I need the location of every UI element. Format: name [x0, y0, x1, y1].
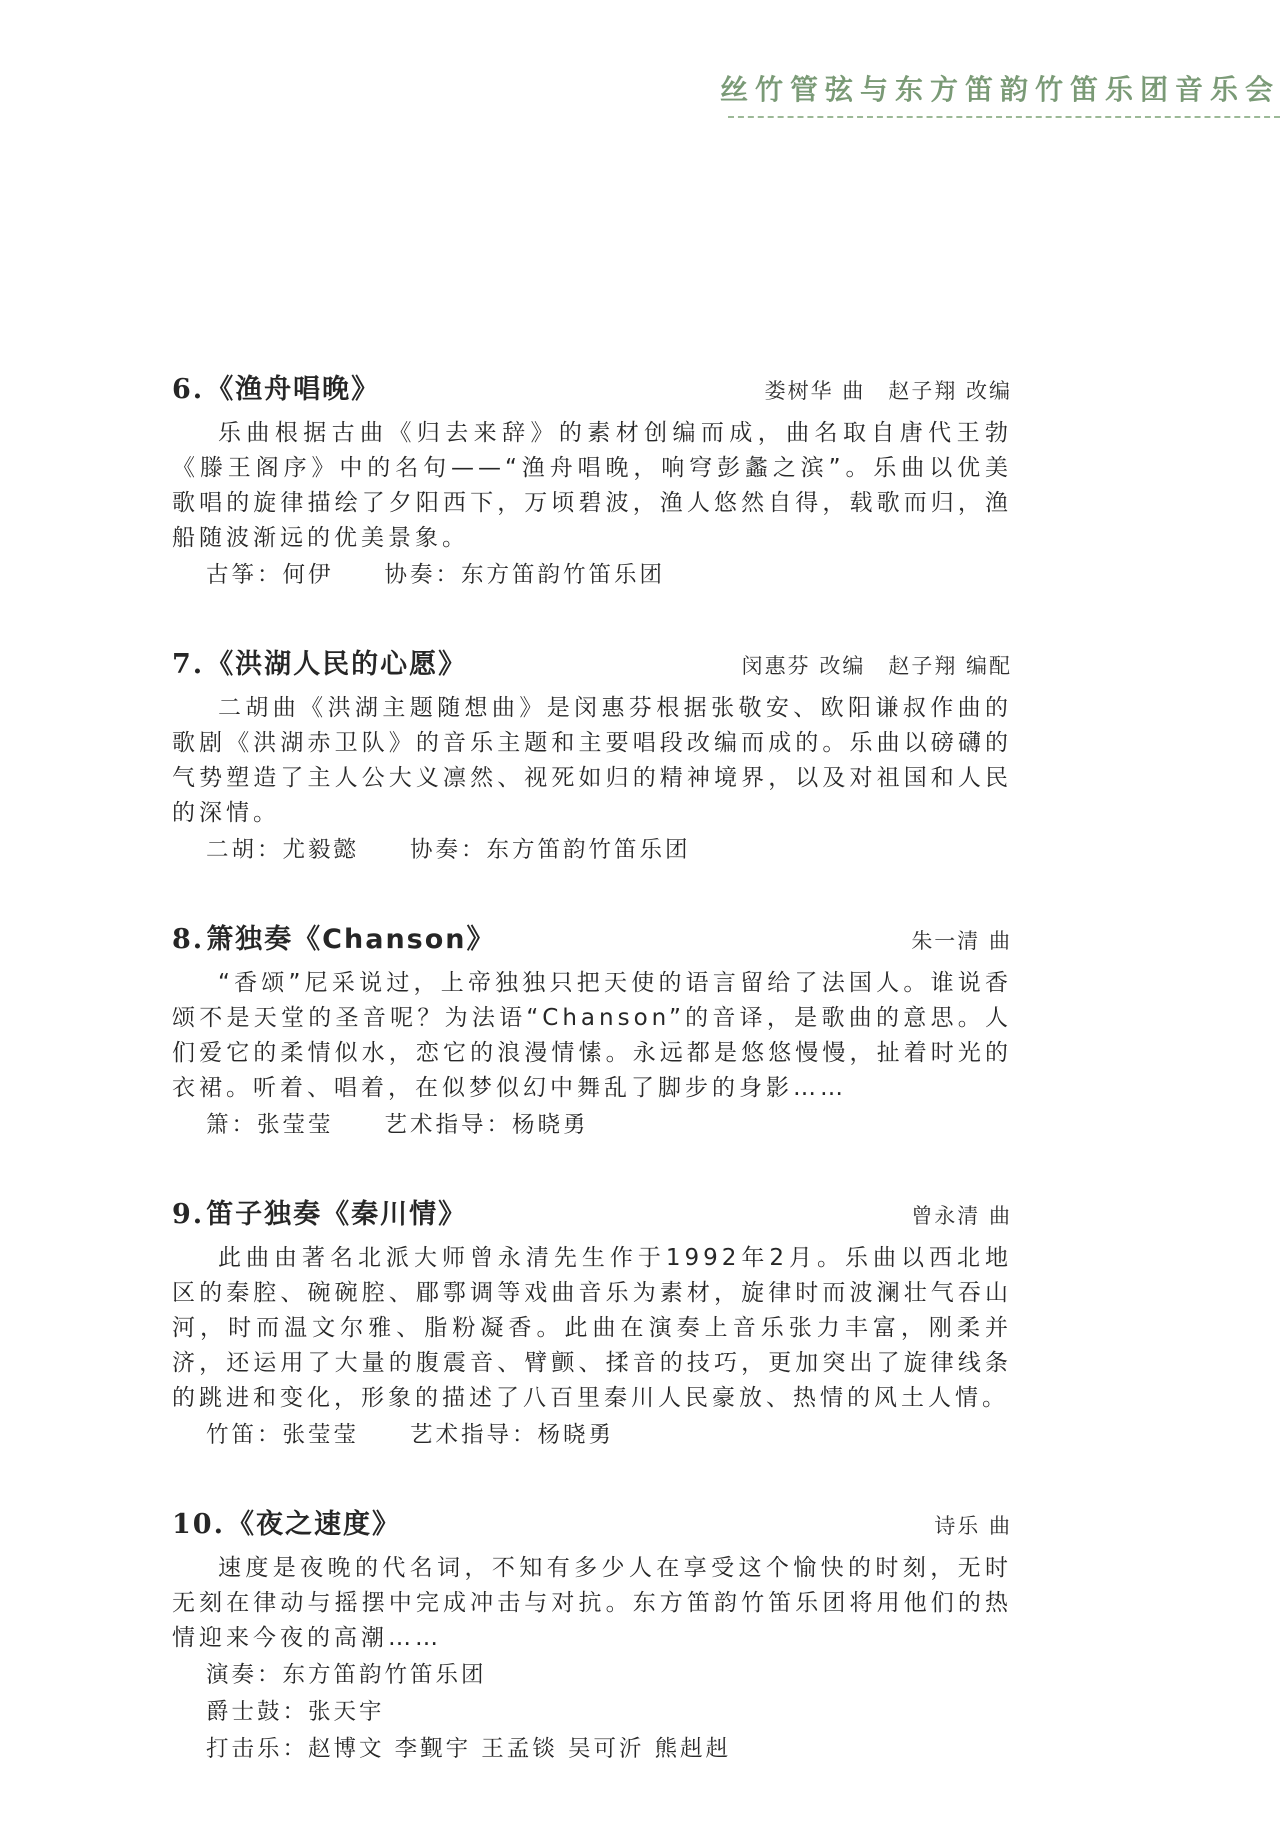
- piece-performers: 箫：张莹莹 艺术指导：杨晓勇: [172, 1108, 1012, 1143]
- piece-credit: 曾永清 曲: [911, 1200, 1012, 1230]
- page-header: 丝竹管弦与东方笛韵竹笛乐团音乐会: [0, 0, 1280, 118]
- piece-performers-percussion: 打击乐：赵博文 李觐宇 王孟锬 吴可沂 熊赳赳: [172, 1732, 1012, 1767]
- piece-title: 《渔舟唱晚》: [206, 374, 380, 405]
- piece-credit: 朱一清 曲: [911, 925, 1012, 955]
- concert-title: 丝竹管弦与东方笛韵竹笛乐团音乐会: [0, 70, 1280, 110]
- dashed-rule: [728, 116, 1280, 118]
- piece-head: 6.《渔舟唱晚》 娄树华 曲 赵子翔 改编: [172, 370, 1012, 410]
- piece-credit: 娄树华 曲 赵子翔 改编: [765, 375, 1012, 405]
- program-item-10: 10.《夜之速度》 诗乐 曲 速度是夜晚的代名词，不知有多少人在享受这个愉快的时…: [172, 1505, 1012, 1767]
- piece-performers: 竹笛：张莹莹 艺术指导：杨晓勇: [172, 1418, 1012, 1453]
- piece-title: 箫独奏《Chanson》: [206, 924, 495, 955]
- piece-number: 10.: [172, 1509, 227, 1540]
- program-item-8: 8.箫独奏《Chanson》 朱一清 曲 “香颂”尼采说过，上帝独独只把天使的语…: [172, 920, 1012, 1143]
- piece-performers: 古筝：何伊 协奏：东方笛韵竹笛乐团: [172, 558, 1012, 593]
- piece-description: 此曲由著名北派大师曾永清先生作于1992年2月。乐曲以西北地区的秦腔、碗碗腔、郿…: [172, 1241, 1012, 1416]
- piece-description: “香颂”尼采说过，上帝独独只把天使的语言留给了法国人。谁说香颂不是天堂的圣音呢？…: [172, 966, 1012, 1106]
- piece-description: 二胡曲《洪湖主题随想曲》是闵惠芬根据张敬安、欧阳谦叔作曲的歌剧《洪湖赤卫队》的音…: [172, 691, 1012, 831]
- piece-title: 《夜之速度》: [227, 1509, 401, 1540]
- program-item-7: 7.《洪湖人民的心愿》 闵惠芬 改编 赵子翔 编配 二胡曲《洪湖主题随想曲》是闵…: [172, 645, 1012, 868]
- piece-performers-drums: 爵士鼓：张天宇: [172, 1695, 1012, 1730]
- program-page: 丝竹管弦与东方笛韵竹笛乐团音乐会 6.《渔舟唱晚》 娄树华 曲 赵子翔 改编 乐…: [0, 0, 1280, 1848]
- piece-head: 9.笛子独奏《秦川情》 曾永清 曲: [172, 1195, 1012, 1235]
- piece-title: 笛子独奏《秦川情》: [206, 1199, 467, 1230]
- piece-number: 8.: [172, 924, 206, 955]
- piece-description: 速度是夜晚的代名词，不知有多少人在享受这个愉快的时刻，无时无刻在律动与摇摆中完成…: [172, 1551, 1012, 1656]
- piece-number: 9.: [172, 1199, 206, 1230]
- piece-head: 8.箫独奏《Chanson》 朱一清 曲: [172, 920, 1012, 960]
- piece-number: 6.: [172, 374, 206, 405]
- piece-credit: 诗乐 曲: [934, 1510, 1012, 1540]
- piece-performers: 二胡：尤毅懿 协奏：东方笛韵竹笛乐团: [172, 833, 1012, 868]
- piece-number: 7.: [172, 649, 206, 680]
- piece-title: 《洪湖人民的心愿》: [206, 649, 467, 680]
- piece-description: 乐曲根据古曲《归去来辞》的素材创编而成，曲名取自唐代王勃《滕王阁序》中的名句——…: [172, 416, 1012, 556]
- program-item-6: 6.《渔舟唱晚》 娄树华 曲 赵子翔 改编 乐曲根据古曲《归去来辞》的素材创编而…: [172, 370, 1012, 593]
- piece-performers-ensemble: 演奏：东方笛韵竹笛乐团: [172, 1658, 1012, 1693]
- piece-credit: 闵惠芬 改编 赵子翔 编配: [742, 650, 1012, 680]
- program-content: 6.《渔舟唱晚》 娄树华 曲 赵子翔 改编 乐曲根据古曲《归去来辞》的素材创编而…: [172, 370, 1012, 1767]
- program-item-9: 9.笛子独奏《秦川情》 曾永清 曲 此曲由著名北派大师曾永清先生作于1992年2…: [172, 1195, 1012, 1453]
- piece-head: 7.《洪湖人民的心愿》 闵惠芬 改编 赵子翔 编配: [172, 645, 1012, 685]
- piece-head: 10.《夜之速度》 诗乐 曲: [172, 1505, 1012, 1545]
